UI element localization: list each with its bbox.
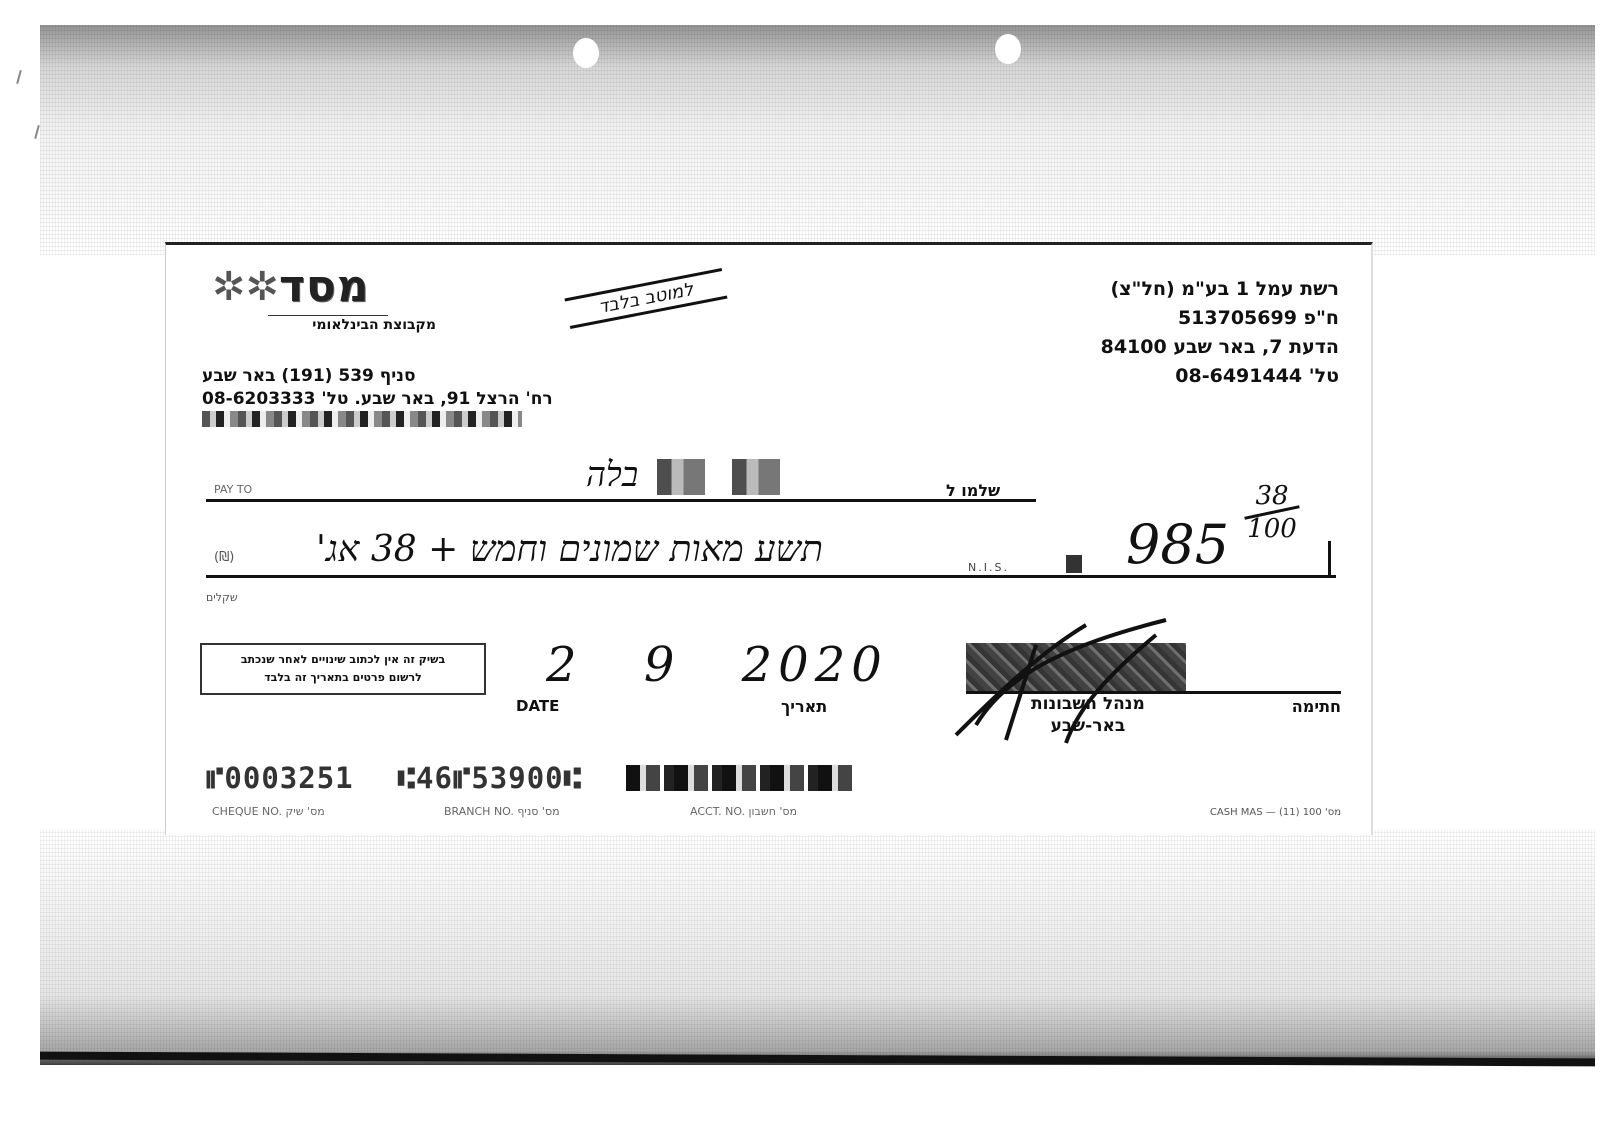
amount-box-marker [1066,555,1082,573]
crossing-stamp: למוטב בלבד [565,268,728,329]
account-number-label: ACCT. NO. מס' חשבון [690,805,950,818]
date-day: 2 [546,637,583,693]
notice-line-2: לרשום פרטים בתאריך זה בלבד [202,669,484,687]
issuer-company-id: ח"פ 513705699 [1101,304,1339,333]
stamp-title: מנהל חשבונות [1031,693,1145,715]
amount-figure: 985 [1126,513,1229,576]
stamp-text: למוטב בלבד [565,271,727,326]
bank-name: מסד [279,263,370,311]
scanner-noise-bottom [40,830,1595,1065]
currency-label: N.I.S. [968,561,1009,574]
notice-box: בשיק זה אין לכתוב שינויים לאחר שנכתב לרש… [200,643,486,695]
issuer-block: רשת עמל 1 בע"מ (חל"צ) ח"פ 513705699 הדעת… [1101,275,1339,391]
bank-group: מקבוצת הבינלאומי [206,317,436,333]
sum-label-he: שקלים [206,591,238,604]
bank-branch-code: ⑆46⑈53900⑆ [398,761,582,795]
bank-emblem-icon: ✲✲ [212,264,279,310]
date-handwritten: 2 9 2020 [546,637,888,693]
branch-info: סניף 539 (191) באר שבע רח' הרצל 91, באר … [202,365,553,434]
check-number: ⑈0003251 [206,761,354,795]
notice-line-1: בשיק זה אין לכתוב שינויים לאחר שנכתב [202,651,484,669]
date-month: 9 [644,637,681,693]
redacted-account-number [626,765,856,791]
amount-box-edge [1328,541,1331,577]
issuer-address: הדעת 7, באר שבע 84100 [1101,333,1339,362]
micr-line: ⑈0003251 ⑆46⑈53900⑆ [206,761,856,795]
cents-denominator: 100 [1244,514,1300,544]
scanner-noise-top [40,25,1595,255]
punch-hole-right [995,34,1021,64]
amount-cents: 38 100 [1244,481,1300,544]
stray-mark [34,125,40,139]
bank-logo: מסד ✲✲ מקבוצת הבינלאומי [206,263,436,333]
logo-underline [268,315,388,316]
branch-line: סניף 539 (191) באר שבע [202,365,553,388]
branch-address: רח' הרצל 91, באר שבע. טל' 08-6203333 [202,388,553,411]
signature-stamp-text: מנהל חשבונות באר-שבע [1031,693,1145,737]
pay-to-line [206,499,1036,502]
signature-line [966,691,1341,694]
check-number-label: CHEQUE NO. מס' שיק [212,805,444,818]
sum-label: (₪) [214,550,234,565]
date-label: DATE [516,697,559,715]
micr-labels: CHEQUE NO. מס' שיק BRANCH NO. מס' סניף A… [212,805,950,818]
branch-number-label: BRANCH NO. מס' סניף [444,805,690,818]
date-year: 2020 [742,637,888,693]
stamp-city: באר-שבע [1031,715,1145,737]
print-info: CASH MAS — (מס' 100 (11 [1210,807,1341,818]
payee-handwritten: בלה [586,455,788,495]
pay-to-label-he: שלמו ל [946,481,1000,500]
signature-label: חתימה [1292,697,1341,716]
redacted-account-holder [202,411,522,427]
bank-check: רשת עמל 1 בע"מ (חל"צ) ח"פ 513705699 הדעת… [165,242,1373,835]
amount-in-words: תשע מאות שמונים וחמש + 38 אג' [316,528,823,570]
payee-visible-text: בלה [586,455,638,495]
pay-to-label: PAY TO [214,483,252,496]
issuer-name: רשת עמל 1 בע"מ (חל"צ) [1101,275,1339,304]
redacted-payee [657,459,705,495]
redacted-payee [732,459,780,495]
issuer-phone: טל' 08-6491444 [1101,362,1339,391]
stray-mark [16,70,22,84]
punch-hole-left [573,38,599,68]
date-label-he: תאריך [781,697,827,716]
